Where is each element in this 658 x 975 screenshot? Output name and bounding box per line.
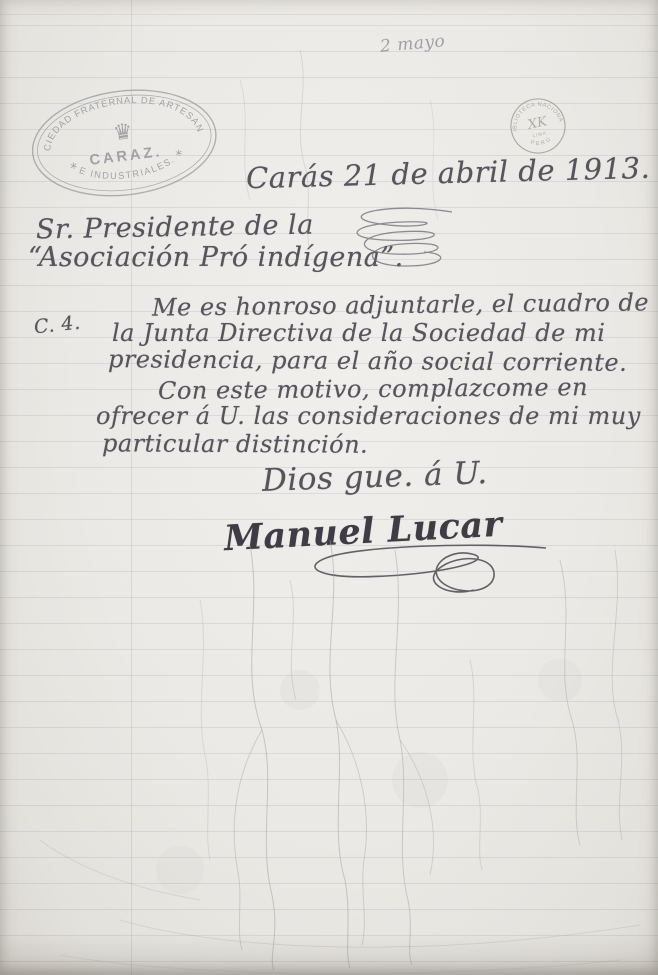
body-line-5: ofrecer á U. las consideraciones de mi m…	[96, 402, 641, 430]
salutation-line-1: Sr. Presidente de la	[36, 210, 314, 246]
stain-marks	[0, 540, 658, 975]
paper-top-crease	[0, 14, 658, 15]
body-line-2: la Junta Directiva de la Sociedad de mi	[112, 319, 605, 347]
crown-icon: ♛	[112, 119, 134, 146]
salutation-line-2: “Asociación Pró indígena”.	[28, 242, 404, 273]
body-line-3: presidencia, para el año social corrient…	[108, 345, 628, 377]
margin-note: C. 4.	[33, 312, 82, 339]
pencil-annotation: 2 mayo	[379, 31, 446, 57]
page-edge-shadow	[0, 933, 658, 975]
fraternal-society-stamp: SOCIEDAD FRATERNAL DE ARTESANOS E INDUST…	[20, 70, 229, 211]
date-line: Carás 21 de abril de 1913.	[246, 151, 651, 196]
star-ornament-left: *	[70, 160, 79, 177]
biblioteca-nacional-stamp: BIBLIOTECA NACIONAL PERÚ XK LIMA	[502, 90, 573, 161]
body-line-1: Me es honroso adjuntarle, el cuadro de	[152, 288, 649, 321]
svg-text:SOCIEDAD FRATERNAL DE ARTESANO: SOCIEDAD FRATERNAL DE ARTESANOS	[20, 70, 206, 155]
letter-page: SOCIEDAD FRATERNAL DE ARTESANOS E INDUST…	[0, 0, 658, 975]
signature: Manuel Lucar	[223, 504, 503, 560]
closing-line: Dios gue. á U.	[261, 455, 488, 499]
body-line-6: particular distinción.	[102, 429, 368, 458]
star-ornament-right: *	[175, 147, 184, 164]
stamp-arc-top-text: SOCIEDAD FRATERNAL DE ARTESANOS	[20, 70, 206, 155]
body-line-4: Con este motivo, complazcome en	[158, 373, 588, 405]
